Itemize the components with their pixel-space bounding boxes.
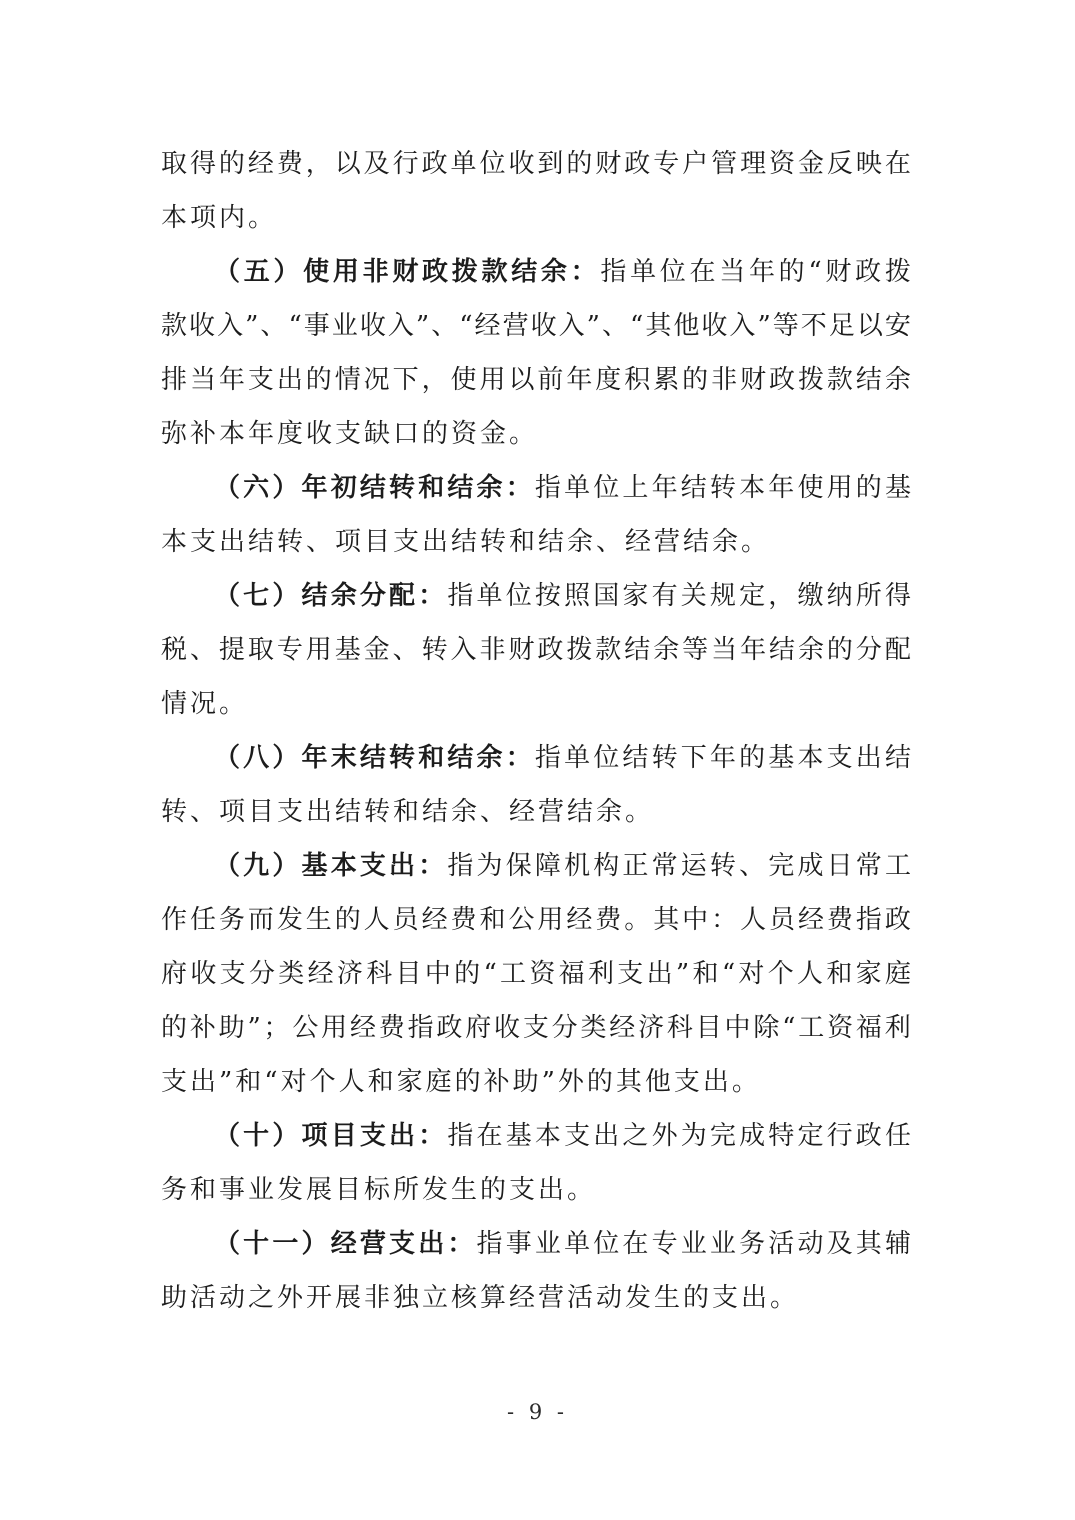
body-text: 、 xyxy=(260,299,286,353)
body-text: 款 xyxy=(161,299,187,353)
body-text: 其 xyxy=(645,299,671,353)
page-number: - 9 - xyxy=(0,1400,1075,1424)
body-text: 员 xyxy=(393,893,419,947)
body-text: 结 xyxy=(681,461,707,515)
body-text: 而 xyxy=(248,893,274,947)
heading-text: ） xyxy=(272,461,298,515)
heading-text: 拨 xyxy=(452,245,478,299)
body-text: 用 xyxy=(321,1001,347,1055)
body-text: 机 xyxy=(564,839,590,893)
heading-text: ） xyxy=(272,731,298,785)
heading-text: 十 xyxy=(243,1109,269,1163)
body-text: 支 xyxy=(523,1001,549,1055)
body-text: 位 xyxy=(479,137,505,191)
body-text: 工 xyxy=(798,1001,824,1055)
body-text: 关 xyxy=(681,569,707,623)
text-line: 排当年支出的情况下，使用以前年度积累的非财政拨款结余 xyxy=(161,353,911,407)
body-text: 日 xyxy=(827,839,853,893)
text-line: 府收支分类经济科目中的“工资福利支出”和“对个人和家庭 xyxy=(161,947,911,1001)
body-text: 排 xyxy=(161,353,187,407)
body-text: 指 xyxy=(600,245,626,299)
heading-text: 余 xyxy=(477,731,503,785)
body-text: 收 xyxy=(189,299,215,353)
text-line: 支出”和“对个人和家庭的补助”外的其他支出。 xyxy=(161,1055,911,1109)
body-text: 府 xyxy=(465,1001,491,1055)
body-text: 障 xyxy=(535,839,561,893)
heading-text: 经 xyxy=(331,1217,357,1271)
body-text: 单 xyxy=(451,137,477,191)
body-text: 支出”和“对个人和家庭的补助”外的其他支出。 xyxy=(161,1067,761,1097)
heading-text: ） xyxy=(273,245,299,299)
body-text: 行 xyxy=(393,137,419,191)
body-text: 到 xyxy=(537,137,563,191)
body-text: ” xyxy=(245,299,258,353)
heading-text: 目 xyxy=(331,1109,357,1163)
body-text: 情 xyxy=(335,353,361,407)
body-text: 入 xyxy=(217,299,243,353)
heading-text: ） xyxy=(272,569,298,623)
heading-text: 结 xyxy=(511,245,537,299)
body-text: 等 xyxy=(773,299,799,353)
body-text: 支 xyxy=(617,947,643,1001)
body-text: 人 xyxy=(364,893,390,947)
heading-text: ： xyxy=(447,1217,473,1271)
body-text: 上 xyxy=(622,461,648,515)
body-text: 构 xyxy=(593,839,619,893)
heading-text: 非 xyxy=(363,245,389,299)
body-text: 取 xyxy=(248,623,274,677)
body-text: 济 xyxy=(638,1001,664,1055)
body-text: 余 xyxy=(798,623,824,677)
body-text: ” xyxy=(676,947,689,1001)
heading-text: 十 xyxy=(243,1217,269,1271)
body-text: 发 xyxy=(277,893,303,947)
body-text: 。 xyxy=(624,893,650,947)
body-text: 收 xyxy=(701,299,727,353)
body-text: 出 xyxy=(593,1109,619,1163)
body-text: 情况。 xyxy=(161,689,248,719)
heading-text: 结 xyxy=(447,731,473,785)
body-text: 位 xyxy=(506,569,532,623)
body-text: 况 xyxy=(364,353,390,407)
body-text: 以 xyxy=(335,137,361,191)
body-text: 在 xyxy=(690,245,716,299)
body-text: 余 xyxy=(885,353,911,407)
document-page: 取得的经费，以及行政单位收到的财政专户管理资金反映在本项内。（五）使用非财政拨款… xyxy=(0,0,1075,1520)
body-text: 转 xyxy=(710,839,736,893)
body-text: 反 xyxy=(827,137,853,191)
body-text: 国 xyxy=(593,569,619,623)
heading-text: （ xyxy=(214,1217,240,1271)
body-text: 福 xyxy=(856,1001,882,1055)
body-text: 在 xyxy=(477,1109,503,1163)
body-text: 位 xyxy=(660,245,686,299)
body-text: 照 xyxy=(564,569,590,623)
body-text: “ xyxy=(459,299,472,353)
body-text: 费 xyxy=(827,893,853,947)
body-text: 费 xyxy=(379,1001,405,1055)
body-text: 费 xyxy=(595,893,621,947)
body-text: 本 xyxy=(797,731,823,785)
heading-text: ） xyxy=(272,1109,298,1163)
body-text: 家 xyxy=(856,947,882,1001)
body-text: 费 xyxy=(451,893,477,947)
body-text: 户 xyxy=(682,137,708,191)
body-text: 取 xyxy=(161,137,187,191)
body-text: 经 xyxy=(566,893,592,947)
body-text: 税 xyxy=(161,623,187,677)
body-text: 专 xyxy=(652,1217,678,1271)
body-text: 拨 xyxy=(885,245,911,299)
body-text: 府 xyxy=(161,947,187,1001)
text-line: （十一）经营支出：指事业单位在专业业务活动及其辅 xyxy=(161,1217,911,1271)
heading-text: 和 xyxy=(418,731,444,785)
heading-text: 本 xyxy=(331,839,357,893)
body-text: 得 xyxy=(885,569,911,623)
heading-text: 余 xyxy=(331,569,357,623)
body-text: 年 xyxy=(566,353,592,407)
body-text: 单 xyxy=(564,1217,590,1271)
body-text: 支 xyxy=(220,947,246,1001)
body-text: 经 xyxy=(798,893,824,947)
body-text: 所 xyxy=(856,569,882,623)
body-text: 政 xyxy=(436,1001,462,1055)
heading-text: （ xyxy=(214,731,240,785)
body-text: 本 xyxy=(739,461,765,515)
body-text: “ xyxy=(722,947,735,1001)
body-text: 本项内。 xyxy=(161,203,277,233)
body-text: 前 xyxy=(537,353,563,407)
body-text: 指 xyxy=(477,1217,503,1271)
body-text: “ xyxy=(483,947,496,1001)
body-text: 事 xyxy=(304,299,330,353)
heading-text: 结 xyxy=(302,569,328,623)
body-text: 出 xyxy=(856,731,882,785)
heading-text: ） xyxy=(302,1217,328,1271)
body-text: 的 xyxy=(335,893,361,947)
heading-text: 结 xyxy=(360,731,386,785)
body-text: 单 xyxy=(630,245,656,299)
body-text: 不 xyxy=(801,299,827,353)
body-text: 用 xyxy=(479,353,505,407)
body-text: 规 xyxy=(710,569,736,623)
body-text: 完 xyxy=(710,1109,736,1163)
body-text: 经 xyxy=(609,1001,635,1055)
body-text: 政 xyxy=(885,893,911,947)
body-text: 收 xyxy=(360,299,386,353)
body-text: 经 xyxy=(248,137,274,191)
body-text: 转 xyxy=(652,731,678,785)
heading-text: 和 xyxy=(418,461,444,515)
body-text: 非 xyxy=(479,623,505,677)
body-text: 的 xyxy=(566,137,592,191)
body-text: 基 xyxy=(885,461,911,515)
body-text: 务 xyxy=(219,893,245,947)
body-text: 务 xyxy=(739,1217,765,1271)
body-text: 提 xyxy=(219,623,245,677)
body-text: ” xyxy=(757,299,770,353)
heading-text: 支 xyxy=(360,1109,386,1163)
body-text: 任 xyxy=(190,893,216,947)
heading-text: 财 xyxy=(392,245,418,299)
heading-text: ） xyxy=(272,839,298,893)
body-text: 基 xyxy=(335,623,361,677)
body-text: 年 xyxy=(652,461,678,515)
body-text: 事 xyxy=(506,1217,532,1271)
body-text: 费 xyxy=(277,137,303,191)
body-text: 当 xyxy=(719,245,745,299)
body-text: 管 xyxy=(711,137,737,191)
text-line: （九）基本支出：指为保障机构正常运转、完成日常工 xyxy=(161,839,911,893)
body-text: 常 xyxy=(856,839,882,893)
heading-text: 项 xyxy=(302,1109,328,1163)
body-text: 缴 xyxy=(797,569,823,623)
body-text: 成 xyxy=(797,839,823,893)
body-text: 和 xyxy=(693,947,719,1001)
body-text: 非 xyxy=(711,353,737,407)
body-text: 入 xyxy=(451,623,477,677)
heading-text: 九 xyxy=(243,839,269,893)
heading-text: 年 xyxy=(302,461,328,515)
body-text: 当 xyxy=(711,623,737,677)
text-body: 取得的经费，以及行政单位收到的财政专户管理资金反映在本项内。（五）使用非财政拨款… xyxy=(161,137,911,1325)
body-text: 财 xyxy=(595,137,621,191)
heading-text: 六 xyxy=(243,461,269,515)
body-text: ， xyxy=(768,569,794,623)
body-text: 基 xyxy=(768,731,794,785)
body-text: 专 xyxy=(277,623,303,677)
body-text: 理 xyxy=(740,137,766,191)
body-text: 、 xyxy=(190,623,216,677)
body-text: ； xyxy=(264,1001,290,1055)
body-text: 支 xyxy=(827,731,853,785)
body-text: 位 xyxy=(593,1217,619,1271)
heading-text: 出 xyxy=(389,839,415,893)
body-text: 度 xyxy=(595,353,621,407)
body-text: 金 xyxy=(364,623,390,677)
body-text: 经 xyxy=(350,1001,376,1055)
body-text: 务和事业发展目标所发生的支出。 xyxy=(161,1175,596,1205)
body-text: ： xyxy=(711,893,737,947)
body-text: 目 xyxy=(396,947,422,1001)
body-text: 及 xyxy=(827,1217,853,1271)
text-line: 取得的经费，以及行政单位收到的财政专户管理资金反映在 xyxy=(161,137,911,191)
body-text: “ xyxy=(630,299,643,353)
body-text: 助活动之外开展非独立核算经营活动发生的支出。 xyxy=(161,1283,799,1313)
body-text: 业 xyxy=(332,299,358,353)
text-line: 情况。 xyxy=(161,677,911,731)
body-text: 的 xyxy=(739,731,765,785)
body-text: 的 xyxy=(827,623,853,677)
body-text: 有 xyxy=(652,569,678,623)
heading-text: ： xyxy=(418,839,444,893)
body-text: 等 xyxy=(682,623,708,677)
body-text: 业 xyxy=(681,1217,707,1271)
body-text: 资 xyxy=(529,947,555,1001)
body-text: 行 xyxy=(827,1109,853,1163)
body-text: 类 xyxy=(580,1001,606,1055)
heading-text: 七 xyxy=(243,569,269,623)
heading-text: 末 xyxy=(331,731,357,785)
body-text: 财 xyxy=(740,353,766,407)
text-line: （七）结余分配：指单位按照国家有关规定，缴纳所得 xyxy=(161,569,911,623)
body-text: 余 xyxy=(653,623,679,677)
body-text: 经 xyxy=(308,947,334,1001)
body-text: 出 xyxy=(647,947,673,1001)
body-text: 纳 xyxy=(827,569,853,623)
body-text: 为 xyxy=(681,1109,707,1163)
text-line: 助活动之外开展非独立核算经营活动发生的支出。 xyxy=(161,1271,911,1325)
body-text: 的 xyxy=(219,137,245,191)
text-line: 弥补本年度收支缺口的资金。 xyxy=(161,407,911,461)
heading-text: （ xyxy=(214,1109,240,1163)
body-text: 年 xyxy=(740,623,766,677)
body-text: “ xyxy=(782,1001,795,1055)
body-text: 安 xyxy=(885,299,911,353)
body-text: 正 xyxy=(622,839,648,893)
heading-text: （ xyxy=(214,839,240,893)
body-text: 的 xyxy=(856,461,882,515)
body-text: 对 xyxy=(738,947,764,1001)
heading-text: 余 xyxy=(477,461,503,515)
body-text: 映 xyxy=(856,137,882,191)
body-text: 公 xyxy=(292,1001,318,1055)
body-text: 年 xyxy=(710,731,736,785)
body-text: 用 xyxy=(537,893,563,947)
body-text: 中 xyxy=(425,947,451,1001)
heading-text: 出 xyxy=(389,1109,415,1163)
body-text: 转 xyxy=(710,461,736,515)
body-text: 指 xyxy=(535,461,561,515)
body-text: 资 xyxy=(769,137,795,191)
body-text: 收 xyxy=(494,1001,520,1055)
heading-text: 政 xyxy=(422,245,448,299)
body-text: 财 xyxy=(508,623,534,677)
heading-text: 年 xyxy=(302,731,328,785)
body-text: 经 xyxy=(422,893,448,947)
text-line: 本支出结转、项目支出结转和结余、经营结余。 xyxy=(161,515,911,569)
body-text: 的 xyxy=(161,1001,187,1055)
body-text: 位 xyxy=(593,731,619,785)
text-line: （五）使用非财政拨款结余：指单位在当年的“财政拨 xyxy=(161,245,911,299)
heading-text: 一 xyxy=(272,1217,298,1271)
body-text: 资 xyxy=(827,1001,853,1055)
body-text: “ xyxy=(288,299,301,353)
body-text: 单 xyxy=(564,461,590,515)
body-text: 利 xyxy=(588,947,614,1001)
body-text: 指 xyxy=(447,839,473,893)
body-text: 科 xyxy=(667,1001,693,1055)
body-text: 类 xyxy=(278,947,304,1001)
body-text: 员 xyxy=(769,893,795,947)
heading-text: 转 xyxy=(389,461,415,515)
heading-text: 五 xyxy=(244,245,270,299)
heading-text: 支 xyxy=(389,1217,415,1271)
body-text: 用 xyxy=(827,461,853,515)
body-text: 收 xyxy=(531,299,557,353)
body-text: 指 xyxy=(856,893,882,947)
body-text: 位 xyxy=(593,461,619,515)
body-text: 入 xyxy=(388,299,414,353)
body-text: 为 xyxy=(477,839,503,893)
body-text: 得 xyxy=(190,137,216,191)
body-text: 的 xyxy=(454,947,480,1001)
body-text: 他 xyxy=(673,299,699,353)
body-text: 使 xyxy=(451,353,477,407)
heading-text: （ xyxy=(214,461,240,515)
body-text: 政 xyxy=(422,137,448,191)
body-text: 年 xyxy=(768,461,794,515)
body-text: 、 xyxy=(739,839,765,893)
body-text: 财 xyxy=(825,245,851,299)
body-text: 以 xyxy=(508,353,534,407)
body-text: 配 xyxy=(885,623,911,677)
heading-text: 八 xyxy=(243,731,269,785)
heading-text: （ xyxy=(214,569,240,623)
body-text: 常 xyxy=(652,839,678,893)
text-line: 务和事业发展目标所发生的支出。 xyxy=(161,1163,911,1217)
heading-text: ： xyxy=(418,569,444,623)
body-text: 和 xyxy=(826,947,852,1001)
body-text: 其 xyxy=(856,1217,882,1271)
body-text: 结 xyxy=(769,623,795,677)
body-text: 指 xyxy=(408,1001,434,1055)
body-text: 收 xyxy=(508,137,534,191)
body-text: 任 xyxy=(885,1109,911,1163)
body-text: 其 xyxy=(653,893,679,947)
body-text: 政 xyxy=(769,353,795,407)
heading-text: ： xyxy=(571,245,597,299)
body-text: 金 xyxy=(798,137,824,191)
text-line: （六）年初结转和结余：指单位上年结转本年使用的基 xyxy=(161,461,911,515)
body-text: 、 xyxy=(602,299,628,353)
body-text: 款 xyxy=(827,353,853,407)
body-text: 积 xyxy=(624,353,650,407)
heading-text: （ xyxy=(214,245,240,299)
body-text: 动 xyxy=(797,1217,823,1271)
body-text: 庭 xyxy=(885,947,911,1001)
body-text: 结 xyxy=(624,623,650,677)
body-text: 指 xyxy=(447,569,473,623)
body-text: 结 xyxy=(622,731,648,785)
body-text: 成 xyxy=(739,1109,765,1163)
body-text: 专 xyxy=(653,137,679,191)
body-text: ” xyxy=(416,299,429,353)
body-text: 人 xyxy=(797,947,823,1001)
body-text: 入 xyxy=(559,299,585,353)
body-text: 分 xyxy=(249,947,275,1001)
heading-text: ： xyxy=(418,1109,444,1163)
heading-text: 营 xyxy=(360,1217,386,1271)
text-line: 作任务而发生的人员经费和公用经费。其中：人员经费指政 xyxy=(161,893,911,947)
body-text: 单 xyxy=(477,569,503,623)
body-text: ” xyxy=(247,1001,260,1055)
body-text: 中 xyxy=(682,893,708,947)
body-text: 下 xyxy=(681,731,707,785)
heading-text: 初 xyxy=(331,461,357,515)
body-text: 定 xyxy=(739,569,765,623)
body-text: 政 xyxy=(537,623,563,677)
heading-text: ： xyxy=(506,731,532,785)
body-text: 转 xyxy=(422,623,448,677)
body-text: 在 xyxy=(885,137,911,191)
body-text: 基 xyxy=(506,1109,532,1163)
body-text: 足 xyxy=(829,299,855,353)
body-text: 使 xyxy=(797,461,823,515)
body-text: 的 xyxy=(682,353,708,407)
body-text: 、 xyxy=(431,299,457,353)
body-text: 结 xyxy=(856,353,882,407)
